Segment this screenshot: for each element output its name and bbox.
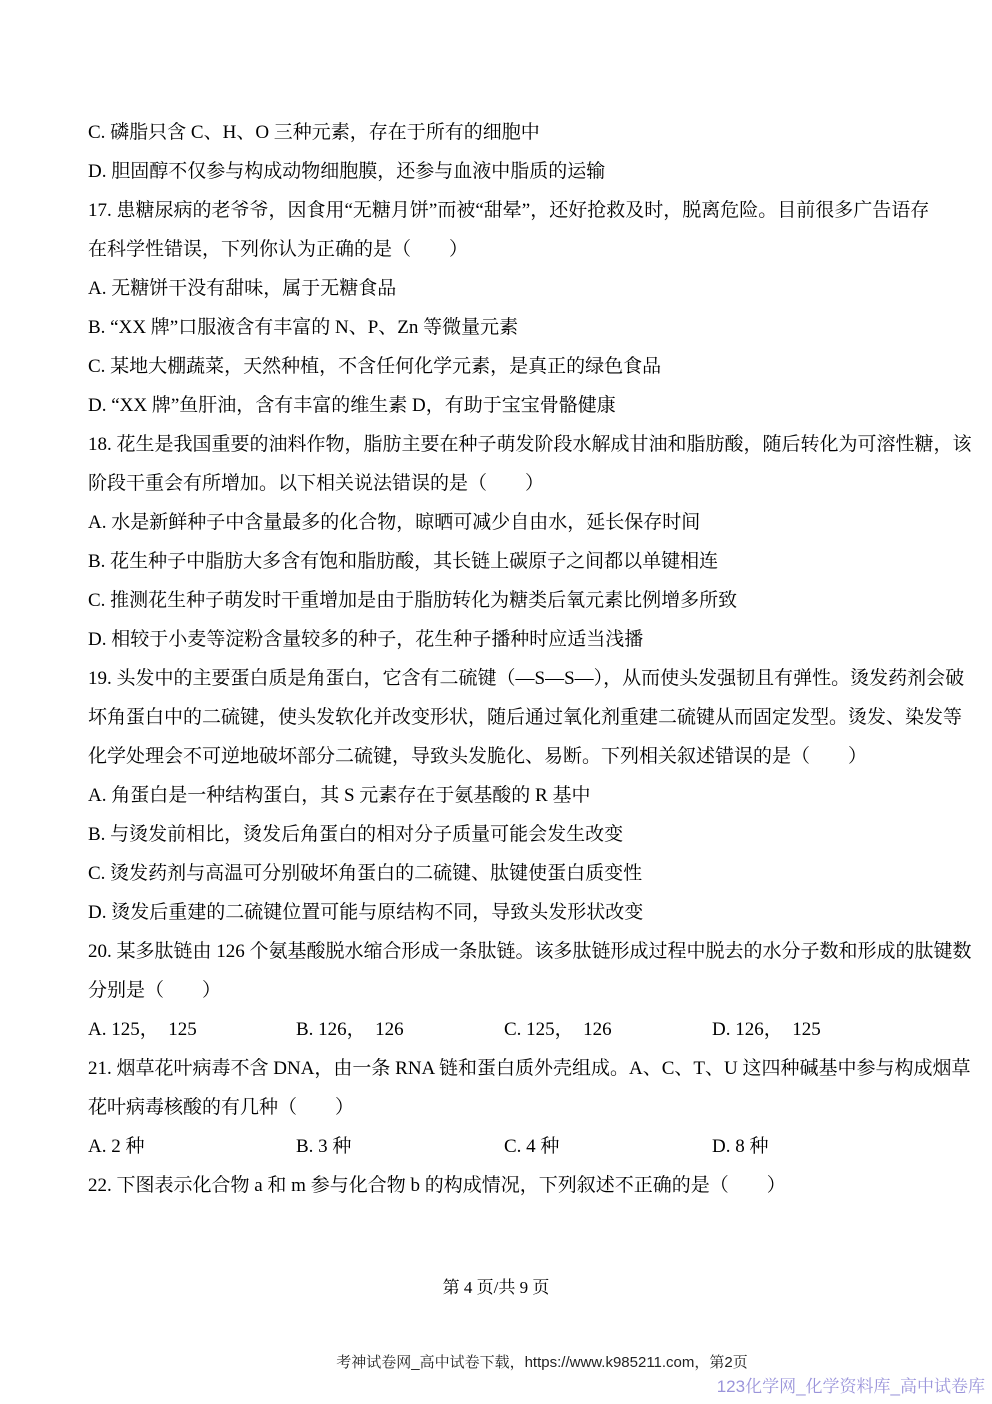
- q20-options-col-0: A. 125， 125: [88, 1010, 296, 1049]
- q19-option-c: C. 烫发药剂与高温可分别破坏角蛋白的二硫键、肽键使蛋白质变性: [88, 854, 908, 893]
- site-footer-text: 考神试卷网_高中试卷下载，https://www.k985211.com，第2页: [0, 1352, 992, 1374]
- q17-option-d: D. “XX 牌”鱼肝油，含有丰富的维生素 D，有助于宝宝骨骼健康: [88, 386, 908, 425]
- q20-options: A. 125， 125B. 126， 126C. 125， 126D. 126，…: [88, 1010, 908, 1049]
- q17-option-a: A. 无糖饼干没有甜味，属于无糖食品: [88, 269, 908, 308]
- q21-options-col-2: C. 4 种: [504, 1127, 712, 1166]
- q21-options-col-1: B. 3 种: [296, 1127, 504, 1166]
- q22-stem-line1: 22. 下图表示化合物 a 和 m 参与化合物 b 的构成情况，下列叙述不正确的…: [88, 1166, 908, 1205]
- q19-stem-line1: 19. 头发中的主要蛋白质是角蛋白，它含有二硫键（—S—S—），从而使头发强韧且…: [88, 659, 908, 698]
- q19-stem-line3: 化学处理会不可逆地破坏部分二硫键，导致头发脆化、易断。下列相关叙述错误的是（ ）: [88, 737, 908, 776]
- q21-stem-line2: 花叶病毒核酸的有几种（ ）: [88, 1088, 908, 1127]
- q19-option-d: D. 烫发后重建的二硫键位置可能与原结构不同，导致头发形状改变: [88, 893, 908, 932]
- q20-options-col-3: D. 126， 125: [712, 1010, 821, 1049]
- q17-option-b: B. “XX 牌”口服液含有丰富的 N、P、Zn 等微量元素: [88, 308, 908, 347]
- q17-stem-line2: 在科学性错误，下列你认为正确的是（ ）: [88, 230, 908, 269]
- page-number-indicator: 第 4 页/共 9 页: [0, 1276, 992, 1300]
- q18-option-c: C. 推测花生种子萌发时干重增加是由于脂肪转化为糖类后氧元素比例增多所致: [88, 581, 908, 620]
- q17-option-c: C. 某地大棚蔬菜，天然种植，不含任何化学元素，是真正的绿色食品: [88, 347, 908, 386]
- watermark-text: 123化学网_化学资料库_高中试卷库: [717, 1376, 985, 1398]
- q19-stem-line2: 坏角蛋白中的二硫键，使头发软化并改变形状，随后通过氧化剂重建二硫键从而固定发型。…: [88, 698, 908, 737]
- q17-stem-line1: 17. 患糖尿病的老爷爷，因食用“无糖月饼”而被“甜晕”，还好抢救及时，脱离危险…: [88, 191, 908, 230]
- q20-options-col-2: C. 125， 126: [504, 1010, 712, 1049]
- q20-stem-line2: 分别是（ ）: [88, 971, 908, 1010]
- q18-stem-line2: 阶段干重会有所增加。以下相关说法错误的是（ ）: [88, 464, 908, 503]
- q19-option-b: B. 与烫发前相比，烫发后角蛋白的相对分子质量可能会发生改变: [88, 815, 908, 854]
- q18-option-a: A. 水是新鲜种子中含量最多的化合物，晾晒可减少自由水，延长保存时间: [88, 503, 908, 542]
- q16-option-d: D. 胆固醇不仅参与构成动物细胞膜，还参与血液中脂质的运输: [88, 152, 908, 191]
- q20-options-col-1: B. 126， 126: [296, 1010, 504, 1049]
- q21-options-col-3: D. 8 种: [712, 1127, 768, 1166]
- q21-options-col-0: A. 2 种: [88, 1127, 296, 1166]
- q18-stem-line1: 18. 花生是我国重要的油料作物，脂肪主要在种子萌发阶段水解成甘油和脂肪酸，随后…: [88, 425, 908, 464]
- q21-options: A. 2 种B. 3 种C. 4 种D. 8 种: [88, 1127, 908, 1166]
- q20-stem-line1: 20. 某多肽链由 126 个氨基酸脱水缩合形成一条肽链。该多肽链形成过程中脱去…: [88, 932, 908, 971]
- exam-question-text-block: C. 磷脂只含 C、H、O 三种元素，存在于所有的细胞中D. 胆固醇不仅参与构成…: [88, 113, 908, 1205]
- q19-option-a: A. 角蛋白是一种结构蛋白，其 S 元素存在于氨基酸的 R 基中: [88, 776, 908, 815]
- q21-stem-line1: 21. 烟草花叶病毒不含 DNA，由一条 RNA 链和蛋白质外壳组成。A、C、T…: [88, 1049, 908, 1088]
- q18-option-d: D. 相较于小麦等淀粉含量较多的种子，花生种子播种时应适当浅播: [88, 620, 908, 659]
- q16-option-c: C. 磷脂只含 C、H、O 三种元素，存在于所有的细胞中: [88, 113, 908, 152]
- exam-page: C. 磷脂只含 C、H、O 三种元素，存在于所有的细胞中D. 胆固醇不仅参与构成…: [0, 0, 992, 1404]
- q18-option-b: B. 花生种子中脂肪大多含有饱和脂肪酸，其长链上碳原子之间都以单键相连: [88, 542, 908, 581]
